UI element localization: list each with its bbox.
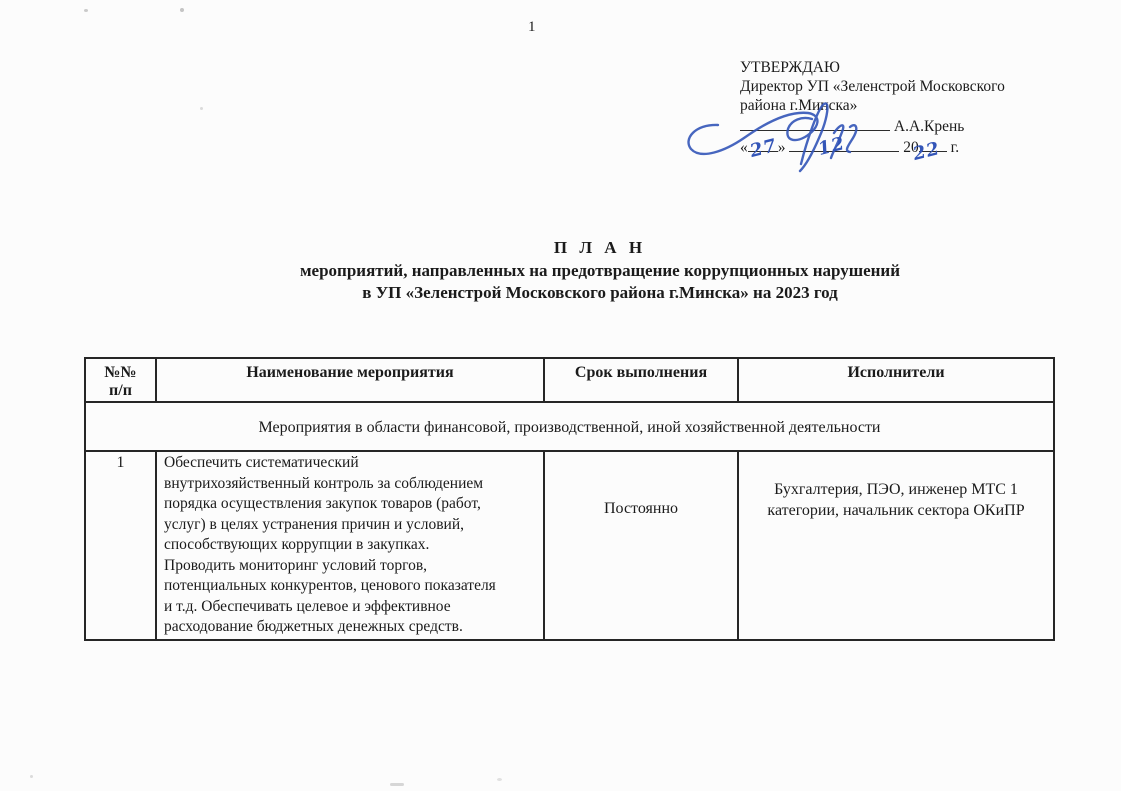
approver-name: А.А.Крень [894, 118, 964, 135]
header-executors: Исполнители [738, 358, 1054, 402]
approval-block: УТВЕРЖДАЮ Директор УП «Зеленстрой Москов… [740, 58, 1085, 157]
document-title: П Л А Н мероприятий, направленных на пре… [90, 237, 1110, 304]
scan-speck [200, 107, 203, 110]
handwritten-year: 22 [911, 139, 942, 164]
date-suffix: г. [951, 139, 959, 156]
title-line-2: мероприятий, направленных на предотвраще… [90, 260, 1110, 282]
row-number: 1 [85, 451, 156, 640]
signature-blank-line [740, 115, 890, 131]
row-activity: Обеспечить систематический внутрихозяйст… [156, 451, 544, 640]
section-title: Мероприятия в области финансовой, произв… [85, 402, 1054, 451]
plan-table: №№ п/п Наименование мероприятия Срок вып… [84, 357, 1055, 641]
row-executors: Бухгалтерия, ПЭО, инженер МТС 1 категори… [738, 451, 1054, 640]
scan-speck [180, 8, 184, 12]
section-row: Мероприятия в области финансовой, произв… [85, 402, 1054, 451]
header-num: №№ п/п [85, 358, 156, 402]
page-number: 1 [528, 19, 536, 36]
approval-line-approve: УТВЕРЖДАЮ [740, 58, 1085, 77]
scan-speck [497, 778, 502, 781]
signature-name-row: А.А.Крень [740, 115, 1085, 136]
scan-speck [30, 775, 33, 778]
approval-line-position: Директор УП «Зеленстрой Московского [740, 77, 1085, 96]
title-word-plan: П Л А Н [90, 237, 1110, 259]
title-line-3: в УП «Зеленстрой Московского района г.Ми… [90, 282, 1110, 304]
scanned-document-page: { "colors":{"ink":"#3355b8","text":"#1b1… [0, 0, 1121, 791]
table-header-row: №№ п/п Наименование мероприятия Срок вып… [85, 358, 1054, 402]
scan-speck [84, 9, 88, 12]
header-term: Срок выполнения [544, 358, 738, 402]
row-term: Постоянно [544, 451, 738, 640]
scan-speck [390, 783, 404, 786]
header-activity: Наименование мероприятия [156, 358, 544, 402]
table-row: 1 Обеспечить систематический внутрихозяй… [85, 451, 1054, 640]
date-open-quote: « [740, 139, 748, 156]
handwritten-day: 27 [748, 136, 779, 161]
approval-line-org: района г.Минска» [740, 96, 1085, 115]
